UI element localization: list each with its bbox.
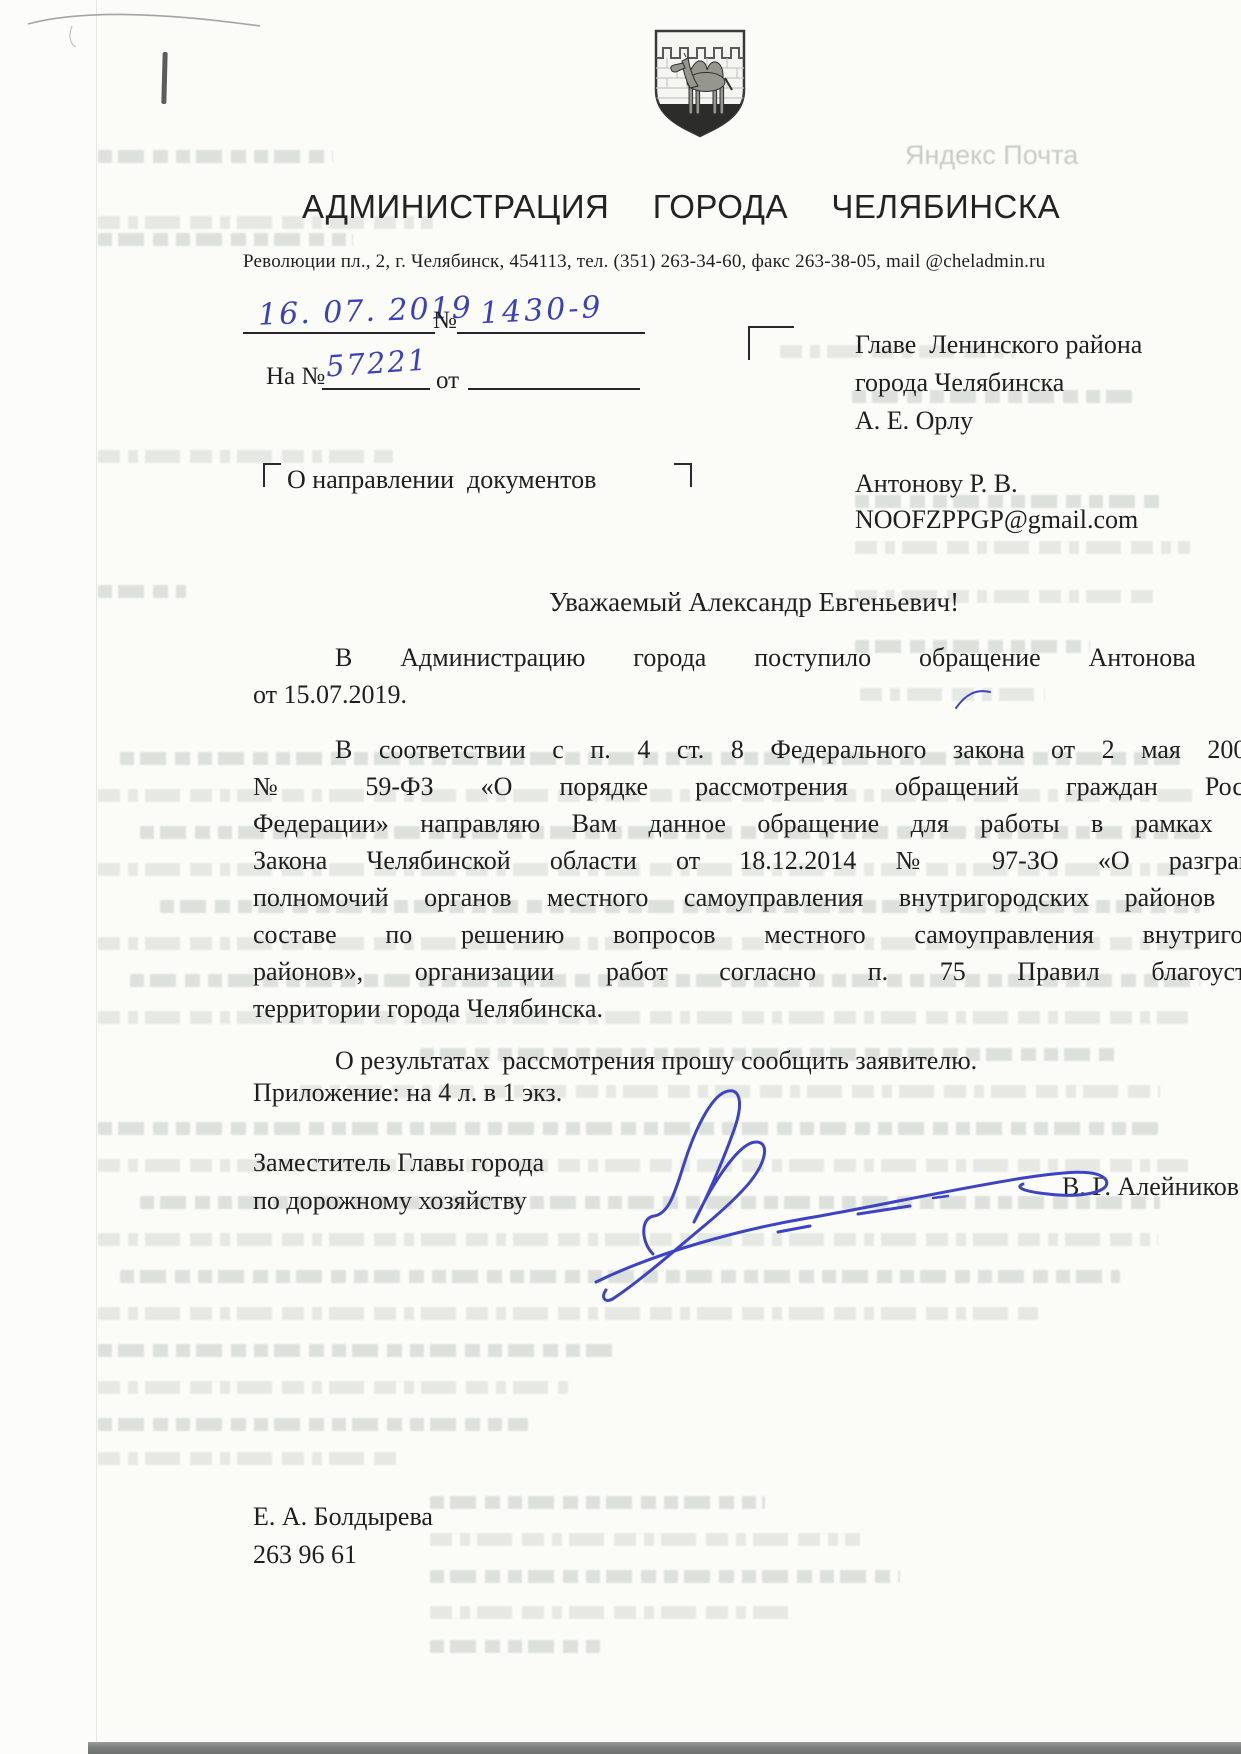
reply-prefix: На №: [266, 364, 325, 389]
body-p2-line-3: Федерации» направляю Вам данное обращени…: [253, 807, 1241, 840]
body-p2-line-5: полномочий органов местного самоуправлен…: [253, 881, 1241, 914]
bleedthrough-line: [430, 1606, 790, 1619]
bleedthrough-line: [98, 1452, 398, 1465]
bleedthrough-line: [98, 233, 353, 246]
bleedthrough-text: Яндекс Почта: [905, 140, 1078, 171]
body-p2-line-8: территории города Челябинска.: [253, 992, 603, 1025]
reply-from-underline: [468, 358, 640, 390]
recipient-line-4: Антонову Р. В.: [855, 467, 1018, 500]
pen-tick-mark: [952, 684, 996, 714]
recipient-line-2: города Челябинска: [855, 366, 1064, 399]
bleedthrough-line: [98, 150, 333, 163]
number-handwritten: 1430-9: [479, 293, 604, 329]
org-address: Революции пл., 2, г. Челябинск, 454113, …: [243, 252, 1045, 271]
number-sign: №: [433, 308, 457, 333]
subject-text: О направлении документов: [287, 463, 596, 496]
bleedthrough-line: [98, 450, 393, 463]
body-p1-line-2: от 15.07.2019.: [253, 678, 407, 711]
scratch-mark: [20, 4, 280, 48]
org-name: АДМИНИСТРАЦИЯ ГОРОДА ЧЕЛЯБИНСКА: [302, 190, 1060, 223]
recipient-line-5: NOOFZPPGP@gmail.com: [855, 503, 1138, 536]
executor-phone: 263 96 61: [253, 1538, 357, 1571]
bleedthrough-line: [430, 1640, 600, 1653]
reply-from-label: от: [436, 368, 459, 393]
bleedthrough-line: [98, 1418, 528, 1431]
recipient-line-3: А. Е. Орлу: [855, 404, 973, 437]
body-p2-line-6: составе по решению вопросов местного сам…: [253, 918, 1241, 951]
recipient-line-1: Главе Ленинского района: [855, 328, 1142, 361]
bleedthrough-line: [430, 1533, 860, 1546]
reply-handwritten: 57221: [325, 345, 429, 381]
bleedthrough-line: [98, 585, 186, 598]
recipient-corner-mark: [748, 326, 794, 360]
subject-corner-left: [263, 463, 281, 487]
body-p2-line-2: № 59-ФЗ «О порядке рассмотрения обращени…: [253, 770, 1241, 803]
bleedthrough-line: [98, 1381, 568, 1394]
scanned-letter-page: Яндекс Почта: [0, 0, 1241, 1754]
paper-edge-line: [96, 0, 97, 1742]
bleedthrough-line: [430, 1570, 900, 1583]
bleedthrough-line: [430, 1496, 765, 1509]
body-p2-line-7: районов», организации работ согласно п. …: [253, 955, 1241, 988]
body-p2-line-1: В соответствии с п. 4 ст. 8 Федерального…: [253, 733, 1241, 766]
scanner-margin: [0, 0, 96, 1754]
salutation: Уважаемый Александр Евгеньевич!: [549, 585, 959, 620]
coat-of-arms-emblem: [653, 28, 747, 140]
body-p1-line-1: В Администрацию города поступило обращен…: [253, 641, 1241, 674]
signature-stroke: [478, 1046, 1158, 1346]
subject-corner-right: [674, 463, 692, 487]
bleedthrough-line: [855, 541, 1190, 554]
bottom-scan-bar: [88, 1742, 1241, 1754]
executor-name: Е. А. Болдырева: [253, 1500, 433, 1533]
body-p2-line-4: Закона Челябинской области от 18.12.2014…: [253, 844, 1241, 877]
